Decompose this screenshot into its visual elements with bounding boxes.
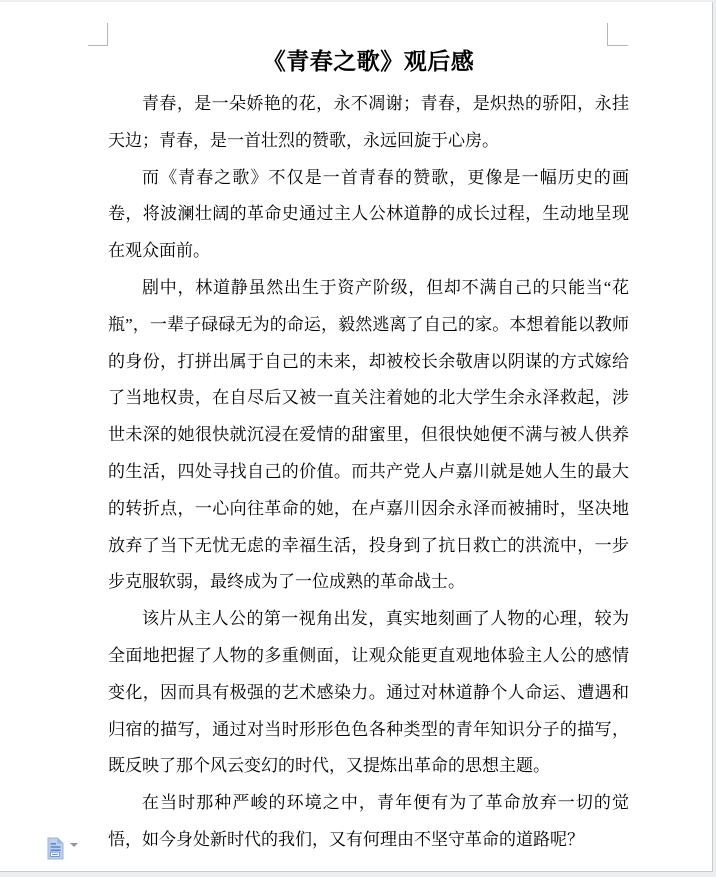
paragraph: 而《青春之歌》不仅是一首青春的赞歌，更像是一幅历史的画卷，将波澜壮阔的革命史通过… (108, 160, 629, 270)
paste-options-icon (47, 837, 64, 860)
margin-mark-top-left-vertical (107, 23, 108, 46)
margin-mark-top-left-horizontal (88, 45, 108, 46)
chevron-down-icon[interactable] (70, 843, 78, 847)
document-content: 《青春之歌》观后感 青春，是一朵娇艳的花，永不凋谢；青春，是炽热的骄阳，永挂天边… (108, 47, 629, 859)
document-page: 《青春之歌》观后感 青春，是一朵娇艳的花，永不凋谢；青春，是炽热的骄阳，永挂天边… (0, 2, 713, 872)
margin-mark-top-right-vertical (607, 23, 608, 46)
paragraph: 该片从主人公的第一视角出发，真实地刻画了人物的心理，较为全面地把握了人物的多重侧… (108, 601, 629, 785)
paragraph: 剧中，林道静虽然出生于资产阶级，但却不满自己的只能当“花瓶”，一辈子碌碌无为的命… (108, 270, 629, 601)
page-title: 《青春之歌》观后感 (108, 47, 629, 77)
margin-mark-top-right-horizontal (607, 45, 628, 46)
document-body: 青春，是一朵娇艳的花，永不凋谢；青春，是炽热的骄阳，永挂天边；青春，是一首壮烈的… (108, 86, 629, 859)
paste-options-button[interactable] (47, 837, 78, 860)
paragraph: 在当时那种严峻的环境之中，青年便有为了革命放弃一切的觉悟，如今身处新时代的我们，… (108, 785, 629, 859)
paragraph: 青春，是一朵娇艳的花，永不凋谢；青春，是炽热的骄阳，永挂天边；青春，是一首壮烈的… (108, 86, 629, 160)
